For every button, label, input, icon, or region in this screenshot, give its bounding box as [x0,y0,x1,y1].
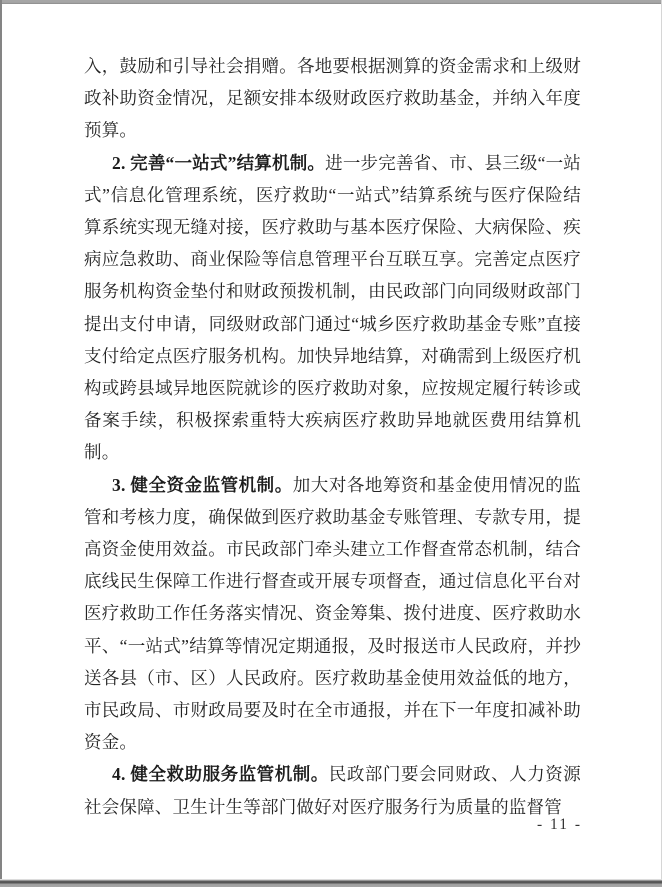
scan-edge-bottom [0,879,662,887]
scan-edge-top [0,0,662,4]
paragraph-heading: 4. 健全救助服务监管机制。 [112,764,329,784]
scanned-document-page: 入，鼓励和引导社会捐赠。各地要根据测算的资金需求和上级财政补助资金情况，足额安排… [0,0,662,887]
paragraph-fund-supervision: 3. 健全资金监管机制。加大对各地筹资和基金使用情况的监管和考核力度，确保做到医… [84,469,581,759]
document-body: 入，鼓励和引导社会捐赠。各地要根据测算的资金需求和上级财政补助资金情况，足额安排… [84,50,581,823]
paragraph-heading: 2. 完善“一站式”结算机制。 [112,153,325,173]
paragraph-text: 进一步完善省、市、县三级“一站式”信息化管理系统，医疗救助“一站式”结算系统与医… [84,153,581,463]
paragraph-one-stop-settlement: 2. 完善“一站式”结算机制。进一步完善省、市、县三级“一站式”信息化管理系统，… [84,147,581,469]
paragraph-heading: 3. 健全资金监管机制。 [112,475,293,495]
paragraph-service-supervision: 4. 健全救助服务监管机制。民政部门要会同财政、人力资源社会保障、卫生计生等部门… [84,758,581,822]
paragraph-text: 入，鼓励和引导社会捐赠。各地要根据测算的资金需求和上级财政补助资金情况，足额安排… [84,56,581,140]
scan-edge-left [0,0,2,887]
page-number: - 11 - [537,816,582,834]
paragraph-funding-continuation: 入，鼓励和引导社会捐赠。各地要根据测算的资金需求和上级财政补助资金情况，足额安排… [84,50,581,147]
paragraph-text: 加大对各地筹资和基金使用情况的监管和考核力度，确保做到医疗救助基金专账管理、专款… [84,475,581,753]
